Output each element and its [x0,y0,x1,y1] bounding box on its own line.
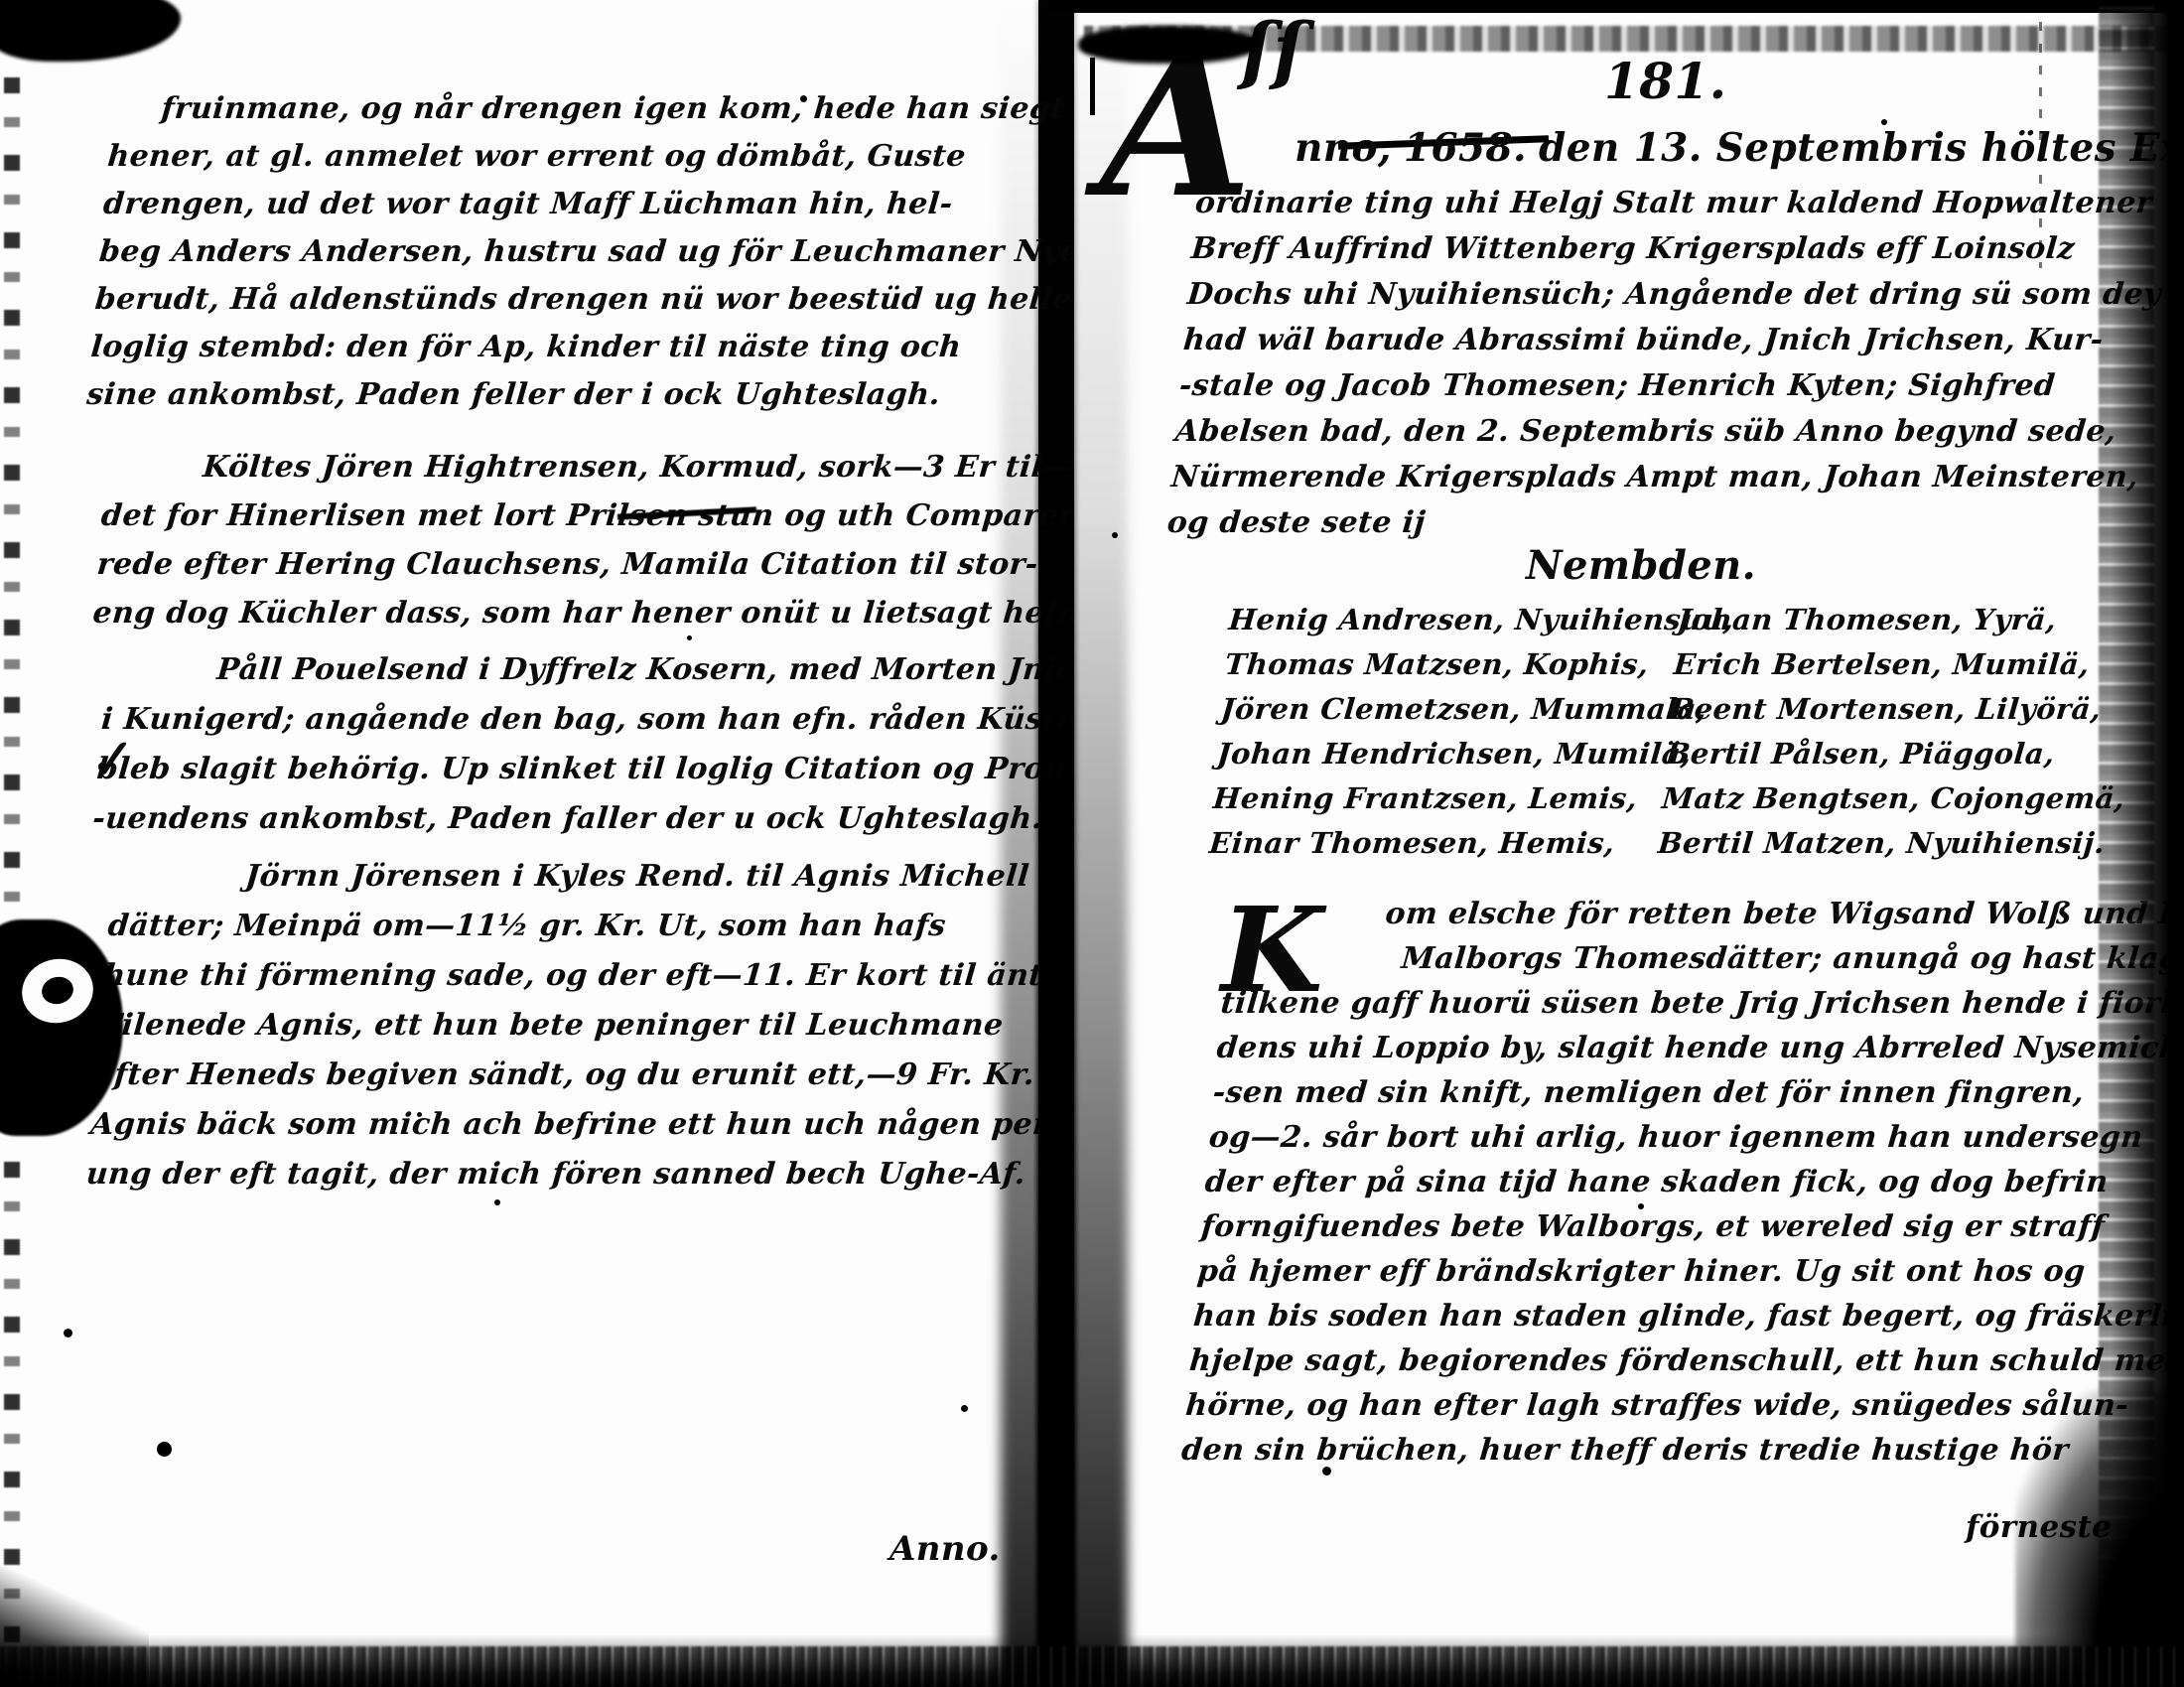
left-paragraph-4: Jörnn Jörensen i Kyles Rend. til Agnis M… [84,852,1092,1199]
manuscript-line: beg Anders Andersen, hustru sad ug för L… [97,228,1117,276]
manuscript-line: han bis soden han staden glinde, fast be… [1191,1294,2184,1338]
manuscript-line: Påll Pouelsend i Dyffrelz Kosern, med Mo… [103,645,1158,695]
manuscript-line: loglig stembd: den för Ap, kinder til nä… [89,324,1109,371]
jury-member: Hening Frantzsen, Lemis, [1211,776,1664,821]
scan-border-top [1048,0,2184,13]
scan-smear-clump [1078,26,1257,64]
ink-speckle [1638,1203,1644,1209]
ink-speckle [800,95,807,102]
jury-member: Erich Bertelsen, Mumilä, [1672,642,2124,687]
manuscript-line: der efter på sina tijd hane skaden fick,… [1203,1160,2184,1204]
jury-member: Bertil Pålsen, Piäggola, [1664,732,2116,776]
scan-corner-bottom-left [0,1549,149,1687]
manuscript-line: drengen, ud det wor tagit Maff Lüchman h… [101,181,1121,228]
manuscript-line: tilkene gaff huorü süsen bete Jrig Jrich… [1219,981,2184,1026]
manuscript-line: og deste sete ij [1165,500,2143,546]
manuscript-line: sine ankombst, Paden feller der i ock Ug… [84,371,1104,419]
ink-speckle [1881,119,1887,125]
jury-member: Beent Mortensen, Lilyörä, [1668,687,2120,732]
jury-list: Henig Andresen, Nyuihiensuu,Johan Thomes… [1207,598,2128,866]
manuscript-line: Tilenede Agnis, ett hun bete peninger ti… [97,1001,1078,1051]
jury-member: Bertil Matzen, Nyuihiensij. [1656,821,2109,866]
jury-member: Johan Thomesen, Yyrä, [1676,598,2128,642]
manuscript-line: ung der eft tagit, der mich fören sanned… [84,1150,1065,1199]
left-paragraph-1: fruinmane, og når drengen igen kom, hede… [84,85,1129,419]
jury-row: Hening Frantzsen, Lemis,Matz Bengtsen, C… [1211,776,2113,821]
manuscript-scan: fruinmane, og når drengen igen kom, hede… [0,0,2184,1687]
jury-member: Thomas Matzsen, Kophis, [1223,642,1676,687]
page-number: 181. [1604,52,1726,110]
manuscript-line: Abelsen bad, den 2. Septembris süb Anno … [1173,409,2151,455]
manuscript-line: had wäl barude Abrassimi bünde, Jnich Jr… [1181,318,2159,363]
manuscript-line: hener, at gl. anmelet wor errent og dömb… [105,133,1125,181]
manuscript-line: og—2. sår bort uhi arlig, huor igennem h… [1207,1115,2184,1160]
manuscript-line: Dochs uhi Nyuihiensüch; Angående det dri… [1185,272,2163,318]
manuscript-line: Jörnn Jörensen i Kyles Rend. til Agnis M… [110,852,1091,902]
manuscript-line: Breff Auffrind Wittenberg Krigersplads e… [1189,226,2167,272]
manuscript-line: -stale og Jacob Thomesen; Henrich Kyten;… [1177,363,2155,409]
heading-text: den 13. Septembris höltes Extra- [1539,125,2184,171]
manuscript-line: i Kunigerd; angående den bag, som han ef… [99,695,1154,745]
left-page: fruinmane, og når drengen igen kom, hede… [0,0,1038,1687]
ink-speckle [1173,40,1182,49]
manuscript-line: Malborgs Thomesdätter; anungå og hast kl… [1223,936,2184,981]
body-paragraph: om elsche för retten bete Wigsand Wolß u… [1179,892,2184,1473]
jury-row: Thomas Matzsen, Kophis,Erich Bertelsen, … [1223,642,2124,687]
manuscript-line: berudt, Hå aldenstünds drengen nü wor be… [93,276,1113,324]
left-paragraph-3: Påll Pouelsend i Dyffrelz Kosern, med Mo… [90,645,1158,844]
ink-speckle [1112,532,1118,538]
heading-line-1: nno,1658.den 13. Septembris höltes Extra… [1295,125,2184,171]
heading-text: nno, [1295,125,1392,171]
manuscript-line: på hjemer eff brändskrigter hiner. Ug si… [1195,1249,2184,1294]
jury-member: Jören Clemetzsen, Mummala, [1219,687,1672,732]
scan-edge-left-speckle [4,0,20,1687]
ink-speckle [961,1405,968,1412]
manuscript-line: dätter; Meinpä om—11½ gr. Kr. Ut, som ha… [106,902,1087,951]
manuscript-line: -uendens ankombst, Paden faller der u oc… [90,794,1145,844]
manuscript-line: bleb slagit behörig. Up slinket til logl… [95,745,1150,794]
ink-speckle [1322,1467,1331,1476]
manuscript-line: hjelpe sagt, begiorendes fördenschull, e… [1187,1338,2184,1383]
jury-member: Henig Andresen, Nyuihiensuu, [1227,598,1680,642]
ink-speckle [687,635,692,640]
ink-speckle [417,1112,422,1117]
manuscript-line: Agnis bäck som mich ach befrine ett hun … [88,1100,1069,1150]
ink-speckle [157,1442,172,1457]
jury-row: Henig Andresen, Nyuihiensuu,Johan Thomes… [1227,598,2128,642]
jury-row: Einar Thomesen, Hemis,Bertil Matzen, Nyu… [1207,821,2109,866]
manuscript-line: hune thi förmening sade, og der eft—11. … [101,951,1082,1001]
scan-border-bottom-noise [0,1646,2184,1687]
jury-member: Johan Hendrichsen, Mumilä, [1215,732,1668,776]
heading-paragraph: ordinarie ting uhi Helgj Stalt mur kalde… [1165,181,2171,546]
jury-member: Einar Thomesen, Hemis, [1207,821,1660,866]
manuscript-line: Nürmerende Krigersplads Ampt man, Johan … [1169,455,2147,500]
manuscript-line: ordinarie ting uhi Helgj Stalt mur kalde… [1193,181,2171,226]
jury-member: Matz Bengtsen, Cojongemä, [1660,776,2113,821]
manuscript-line: om elsche för retten bete Wigsand Wolß u… [1227,892,2184,936]
ink-speckle [64,1329,72,1337]
catchword-left: Anno. [889,1529,1001,1569]
page-gutter-core [1036,0,1076,1687]
heading-year: 1658. [1404,125,1527,171]
gutter-ink-tick [1090,58,1095,115]
manuscript-line: forngifuendes bete Walborgs, et wereled … [1199,1204,2184,1249]
section-header-nembden: Nembden. [1526,542,1756,589]
jury-row: Jören Clemetzsen, Mummala,Beent Mortense… [1219,687,2120,732]
manuscript-line: efter Heneds begiven sändt, og du erunit… [92,1051,1073,1100]
manuscript-line: fruinmane, og når drengen igen kom, hede… [109,85,1129,133]
manuscript-line: dens uhi Loppio by, slagit hende ung Abr… [1215,1026,2184,1070]
jury-row: Johan Hendrichsen, Mumilä,Bertil Pålsen,… [1215,732,2116,776]
ink-speckle [494,1199,500,1205]
manuscript-line: -sen med sin knift, nemligen det för inn… [1211,1070,2184,1115]
